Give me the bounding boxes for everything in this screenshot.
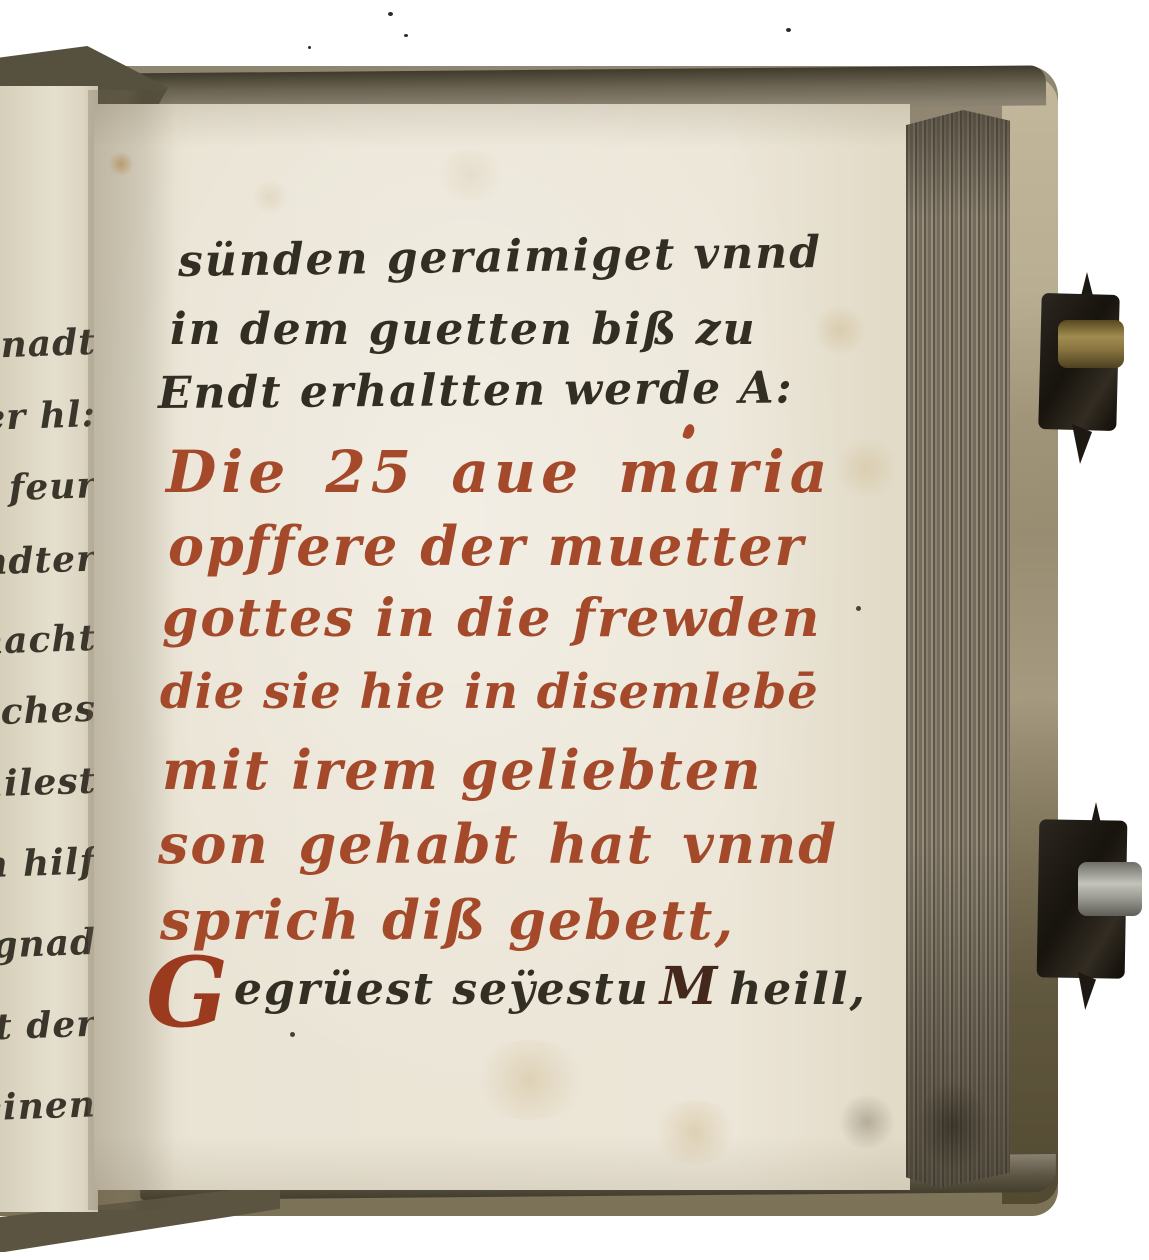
left-page-text-fragment: geist der (0, 1003, 97, 1052)
left-page-text-fragment: sundt hilest (0, 760, 97, 811)
left-page-text-fragment: mit dein gnad (0, 921, 97, 973)
left-page-text-fragment: gemacht (0, 617, 97, 665)
left-page-text-fragment: meinen (0, 1083, 97, 1130)
book-clasp-top (1036, 268, 1136, 458)
left-page-text-fragment: t dem feur (0, 464, 97, 514)
clasp-roller-steel (1078, 862, 1142, 916)
left-page-text-fragment: t der hl: (0, 393, 97, 441)
left-page-text-fragment: olches (0, 688, 97, 735)
clasp-roller-brass (1058, 320, 1124, 368)
left-page-text-fragment: durch hilf (0, 840, 97, 889)
dust-speck (290, 1032, 295, 1037)
left-page-text-fragment: er gnadt (0, 321, 97, 369)
fore-edge-smudge (918, 1080, 988, 1170)
dust-speck (404, 34, 408, 37)
dust-speck (308, 46, 311, 49)
manuscript-photo: er gnadt t der hl: t dem feur undter gem… (0, 0, 1149, 1260)
book-clasp-bottom (1034, 796, 1146, 1008)
left-page-text-fragment: undter (0, 538, 97, 585)
dust-speck (786, 28, 791, 32)
page-block-fore-edge (906, 110, 1010, 1188)
left-page-strip: er gnadt t der hl: t dem feur undter gem… (0, 86, 98, 1212)
dust-speck (856, 606, 861, 611)
dust-speck (388, 12, 393, 16)
book-cover-right-edge (1002, 76, 1058, 1204)
right-page (94, 104, 910, 1190)
